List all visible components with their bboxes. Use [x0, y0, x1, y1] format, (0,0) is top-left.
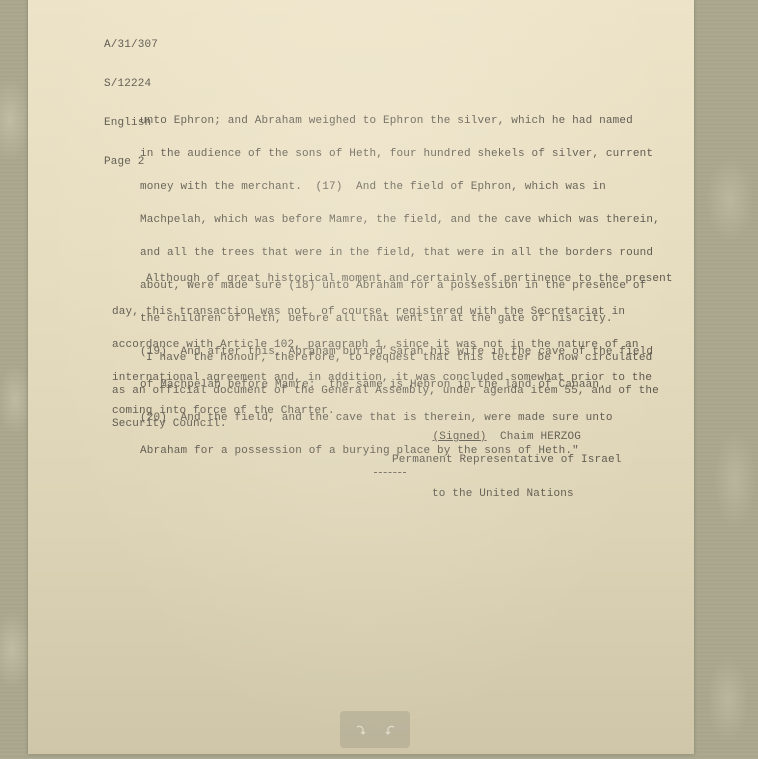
rotate-right-icon — [384, 724, 396, 736]
paragraph-line: Although of great historical moment and … — [112, 274, 642, 285]
quote-line: Machpelah, which was before Mamre, the f… — [140, 215, 670, 226]
signature-block: (Signed) Chaim HERZOG Permanent Represen… — [392, 399, 622, 523]
document-page: A/31/307 S/12224 English Page 2 unto Eph… — [28, 0, 694, 754]
signatory-title-2: to the United Nations — [392, 489, 622, 501]
quote-line: unto Ephron; and Abraham weighed to Ephr… — [140, 116, 670, 127]
paragraph-line: day, this transaction was not, of course… — [112, 307, 642, 318]
symbol-ga: A/31/307 — [104, 39, 158, 52]
signed-label: (Signed) — [433, 431, 487, 443]
quote-line: money with the merchant. (17) And the fi… — [140, 182, 670, 193]
signatory-name: Chaim HERZOG — [500, 431, 581, 443]
rotate-controls — [340, 711, 410, 748]
signatory-title: Permanent Representative of Israel — [392, 455, 622, 467]
rotate-left-icon — [355, 724, 367, 736]
paragraph-line: I have the honour, therefore, to request… — [112, 353, 642, 364]
paragraph-line: as an official document of the General A… — [112, 386, 642, 397]
rotate-left-button[interactable] — [351, 720, 371, 740]
rotate-right-button[interactable] — [380, 720, 400, 740]
symbol-sc: S/12224 — [104, 78, 158, 91]
end-separator — [374, 472, 406, 473]
quote-line: in the audience of the sons of Heth, fou… — [140, 149, 670, 160]
